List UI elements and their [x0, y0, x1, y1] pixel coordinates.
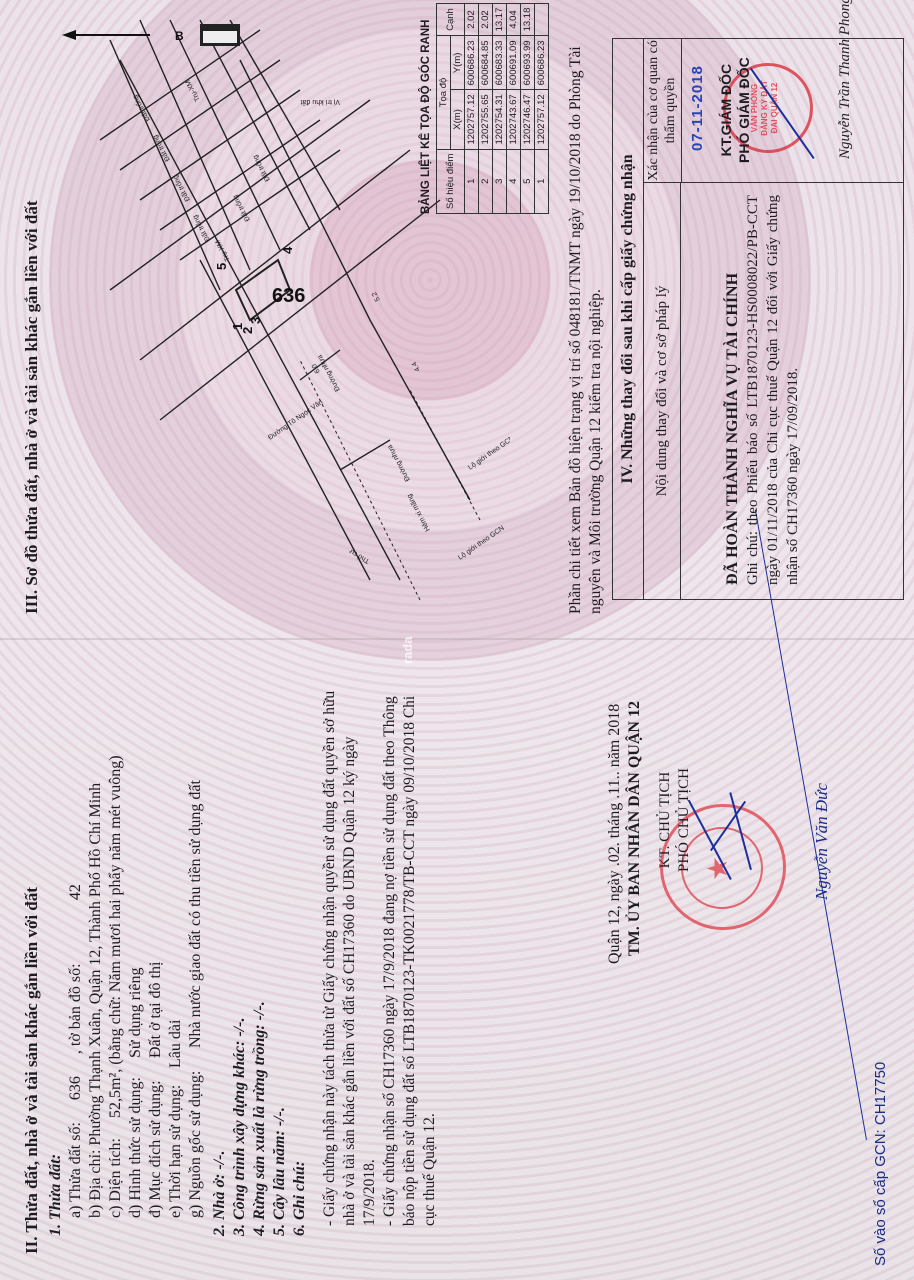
svg-text:3: 3 [248, 317, 263, 324]
svg-text:B: B [175, 29, 184, 43]
table-row: 11202757.12600686.23 [535, 3, 549, 213]
coord-table-title: BẢNG LIỆT KÊ TỌA ĐỘ GÓC RANH [420, 20, 432, 214]
parcel-row: a) Thửa đất số: 636 , tờ bản đồ số: 42 [66, 755, 86, 1236]
col-point: Số hiệu điểm [437, 149, 465, 213]
notes-list: - Giấy chứng nhận này tách thửa từ Giấy … [320, 676, 440, 1236]
svg-text:4.4: 4.4 [411, 360, 422, 372]
table-row: 31202754.31600683.3313.17 [493, 3, 507, 213]
col-change-content: Nội dung thay đổi và cơ sở pháp lý [644, 182, 681, 599]
watermark-logo: rada [402, 637, 414, 664]
area-row: c) Diện tích:52,5m², (bằng chữ: Năm mươi… [106, 755, 126, 1236]
table-row: 21202755.65600684.852.02 [479, 3, 493, 213]
ink-line [755, 510, 867, 1140]
north-arrow-icon [62, 24, 240, 46]
house-item: 2. Nhà ở: -/-. [210, 755, 230, 1236]
svg-text:Thổ cư: Thổ cư [348, 547, 371, 565]
coord-table: Số hiệu điểm Tọa độ Cạnh X(m) Y(m) 11202… [436, 3, 549, 214]
col-coords: Tọa độ [437, 36, 451, 149]
signer-role: KT. CHỦ TỊCH PHÓ CHỦ TỊCH [656, 768, 694, 872]
svg-text:Lộ giới theo GCN: Lộ giới theo GCN [457, 525, 506, 562]
area-value: 52,5m², (bằng chữ: Năm mươi hai phẩy năm… [107, 755, 124, 1118]
svg-text:2: 2 [240, 327, 255, 334]
finance-text: Ghi chú: theo Phiếu báo số LTB1870123-HS… [743, 195, 803, 585]
map-sheet-number: 42 [67, 884, 84, 900]
stamp-date: 07-11-2018 [689, 65, 706, 151]
section2-title: II. Thửa đất, nhà ở và tài sản khác gắn … [22, 887, 42, 1254]
issuing-authority: TM. ỦY BAN NHÂN DÂN QUẬN 12 [626, 701, 644, 956]
svg-text:Đất trống: Đất trống [150, 134, 172, 164]
issue-date: Quận 12, ngày .02. tháng .11.. năm 2018 [606, 704, 624, 964]
svg-text:5.2: 5.2 [371, 290, 382, 302]
other-works-item: 3. Công trình xây dựng khác: -/-. [230, 755, 250, 1236]
svg-text:Đường nhựa: Đường nhựa [387, 443, 412, 482]
land-certificate-spread: II. Thửa đất, nhà ở và tài sản khác gắn … [0, 0, 914, 1280]
notes-heading: 6. Ghi chú: [290, 755, 310, 1236]
note-item: - Giấy chứng nhận này tách thửa từ Giấy … [320, 676, 380, 1236]
purpose-row: đ) Mục đích sử dụng:Đất ở tại đô thị [146, 755, 166, 1236]
signer-name: Nguyễn Văn Đức [812, 783, 832, 900]
svg-text:4: 4 [280, 246, 295, 254]
finance-title: ĐÃ HOÀN THÀNH NGHĨA VỤ TÀI CHÍNH [724, 273, 741, 585]
svg-text:Đường Tô Ngọc Vân: Đường Tô Ngọc Vân [267, 399, 324, 442]
forest-item: 4. Rừng sản xuất là rừng trồng: -/-. [250, 755, 270, 1236]
confirm-role: KT.GIÁM ĐỐC PHÓ GIÁM ĐỐC [717, 57, 753, 163]
address-value: Phường Thạnh Xuân, Quận 12, Thành Phố Hồ… [87, 783, 104, 1146]
col-confirmation: Xác nhận của cơ quan có thẩm quyền [644, 39, 682, 182]
confirm-signer: Nguyễn Trần Thanh Phong [837, 0, 854, 159]
section4-box: IV. Những thay đổi sau khi cấp giấy chứn… [612, 38, 904, 600]
duration-row: e) Thời hạn sử dụng:Lâu dài [166, 755, 186, 1236]
note-item: - Giấy chứng nhận số CH17360 ngày 17/9/2… [380, 676, 440, 1236]
finance-note: ĐÃ HOÀN THÀNH NGHĨA VỤ TÀI CHÍNH Ghi chú… [723, 195, 803, 585]
svg-text:Vị trí khu đất: Vị trí khu đất [301, 98, 340, 107]
section4-title: IV. Những thay đổi sau khi cấp giấy chứn… [613, 39, 644, 599]
parcel-number: 636 [66, 1058, 86, 1118]
detail-note: Phần chi tiết xem Bản đồ hiện trạng vị t… [566, 24, 606, 614]
perennial-item: 5. Cây lâu năm: -/-. [270, 755, 290, 1236]
use-form-row: d) Hình thức sử dụng:Sử dụng riêng [126, 755, 146, 1236]
address-row: b) Địa chỉ: Phường Thạnh Xuân, Quận 12, … [86, 755, 106, 1236]
svg-text:Trụ-XM: Trụ-XM [215, 239, 232, 263]
column-divider [680, 182, 903, 183]
svg-text:Lộ giới theo GCN: Lộ giới theo GCN [467, 435, 510, 472]
table-row: 51202746.47600693.9913.18 [521, 3, 535, 213]
gcn-registration-number: Số vào sổ cấp GCN: CH17750 [872, 1062, 889, 1266]
origin-row: g) Nguồn gốc sử dụng:Nhà nước giao đất c… [186, 755, 206, 1236]
table-row: 11202757.12600686.232.02 [465, 3, 479, 213]
svg-text:5: 5 [214, 263, 229, 270]
land-details: 1. Thửa đất: a) Thửa đất số: 636 , tờ bả… [46, 755, 310, 1236]
svg-text:636: 636 [272, 285, 305, 307]
land-heading: 1. Thửa đất: [46, 755, 66, 1236]
svg-text:Hẻm xi măng: Hẻm xi măng [406, 493, 432, 533]
table-row: 41202743.67600691.094.04 [507, 3, 521, 213]
left-page: II. Thửa đất, nhà ở và tài sản khác gắn … [0, 640, 914, 1280]
col-edge: Cạnh [437, 3, 465, 36]
section3-title: III. Sơ đồ thửa đất, nhà ở và tài sản kh… [22, 201, 42, 615]
